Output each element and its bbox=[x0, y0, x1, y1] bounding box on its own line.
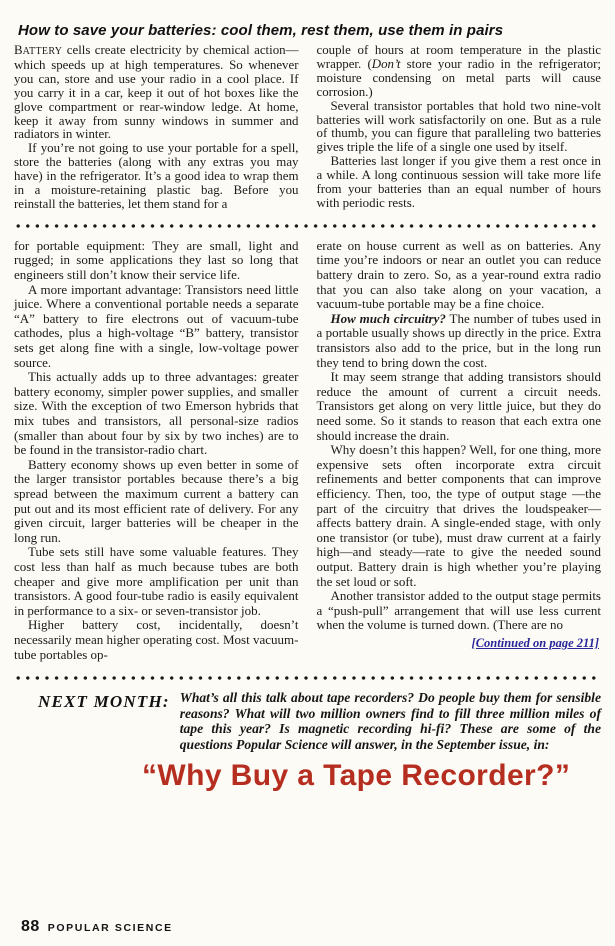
text-segment: Higher battery cost, incidentally, doesn… bbox=[14, 617, 299, 661]
battery-tips-columns: BATTERY cells create electricity by chem… bbox=[14, 44, 601, 212]
text-segment: Batteries last longer if you give them a… bbox=[317, 154, 602, 210]
text-segment: This actually adds up to three advantage… bbox=[14, 369, 299, 457]
text-segment: Battery economy shows up even better in … bbox=[14, 457, 299, 545]
paragraph: Another transistor added to the output s… bbox=[317, 589, 602, 633]
text-segment: It may seem strange that adding transist… bbox=[317, 369, 602, 442]
article-left-column: for portable equipment: They are small, … bbox=[14, 239, 299, 662]
paragraph: If you’re not going to use your portable… bbox=[14, 142, 299, 212]
paragraph: It may seem strange that adding transist… bbox=[317, 370, 602, 443]
next-month-label: NEXT MONTH: bbox=[38, 692, 170, 752]
text-segment: If you’re not going to use your portable… bbox=[14, 141, 299, 211]
magazine-page: How to save your batteries: cool them, r… bbox=[0, 0, 615, 946]
article-body-section: for portable equipment: They are small, … bbox=[14, 239, 601, 662]
paragraph: This actually adds up to three advantage… bbox=[14, 370, 299, 458]
page-footer: 88 POPULAR SCIENCE bbox=[21, 918, 173, 936]
text-segment: for portable equipment: They are small, … bbox=[14, 238, 299, 282]
footer-magazine-name: POPULAR SCIENCE bbox=[48, 922, 173, 934]
next-month-teaser: What’s all this talk about tape recorder… bbox=[180, 690, 601, 752]
paragraph: Several transistor portables that hold t… bbox=[317, 100, 602, 156]
text-segment: Another transistor added to the output s… bbox=[317, 588, 602, 632]
next-month-section: NEXT MONTH: What’s all this talk about t… bbox=[14, 690, 601, 793]
article-columns: for portable equipment: They are small, … bbox=[14, 239, 601, 662]
paragraph: Higher battery cost, incidentally, doesn… bbox=[14, 618, 299, 662]
text-segment: ATTERY bbox=[23, 46, 63, 57]
paragraph: Batteries last longer if you give them a… bbox=[317, 155, 602, 211]
next-month-headline: “Why Buy a Tape Recorder?” bbox=[142, 759, 601, 793]
article-right-column-wrap: erate on house current as well as on bat… bbox=[317, 239, 602, 662]
paragraph: BATTERY cells create electricity by chem… bbox=[14, 44, 299, 142]
paragraph: How much circuitry? The number of tubes … bbox=[317, 312, 602, 370]
text-segment: Tube sets still have some valuable featu… bbox=[14, 544, 299, 617]
paragraph: for portable equipment: They are small, … bbox=[14, 239, 299, 283]
battery-tips-heading: How to save your batteries: cool them, r… bbox=[18, 22, 601, 39]
footer-page-number: 88 bbox=[21, 918, 40, 936]
article-right-column: erate on house current as well as on bat… bbox=[317, 239, 602, 633]
text-segment: A more important advantage: Transistors … bbox=[14, 282, 299, 370]
dotted-divider-bottom bbox=[16, 675, 599, 681]
text-segment: Several transistor portables that hold t… bbox=[317, 99, 602, 155]
continued-on-page-link[interactable]: [Continued on page 211] bbox=[317, 636, 602, 651]
text-segment: Don’t bbox=[372, 57, 401, 71]
paragraph: Battery economy shows up even better in … bbox=[14, 458, 299, 546]
battery-tips-left-column: BATTERY cells create electricity by chem… bbox=[14, 44, 299, 212]
paragraph: A more important advantage: Transistors … bbox=[14, 283, 299, 371]
paragraph: Tube sets still have some valuable featu… bbox=[14, 545, 299, 618]
dotted-divider-top bbox=[16, 223, 599, 229]
next-month-block: NEXT MONTH: What’s all this talk about t… bbox=[38, 690, 601, 752]
text-segment: How much circuitry? bbox=[331, 311, 446, 326]
battery-tips-section: How to save your batteries: cool them, r… bbox=[14, 22, 601, 212]
paragraph: couple of hours at room temperature in t… bbox=[317, 44, 602, 100]
paragraph: Why doesn’t this happen? Well, for one t… bbox=[317, 443, 602, 589]
paragraph: erate on house current as well as on bat… bbox=[317, 239, 602, 312]
text-segment: Why doesn’t this happen? Well, for one t… bbox=[317, 442, 602, 588]
text-segment: cells create electricity by chemical act… bbox=[14, 43, 299, 141]
battery-tips-right-column: couple of hours at room temperature in t… bbox=[317, 44, 602, 212]
text-segment: B bbox=[14, 43, 23, 57]
text-segment: erate on house current as well as on bat… bbox=[317, 238, 602, 311]
